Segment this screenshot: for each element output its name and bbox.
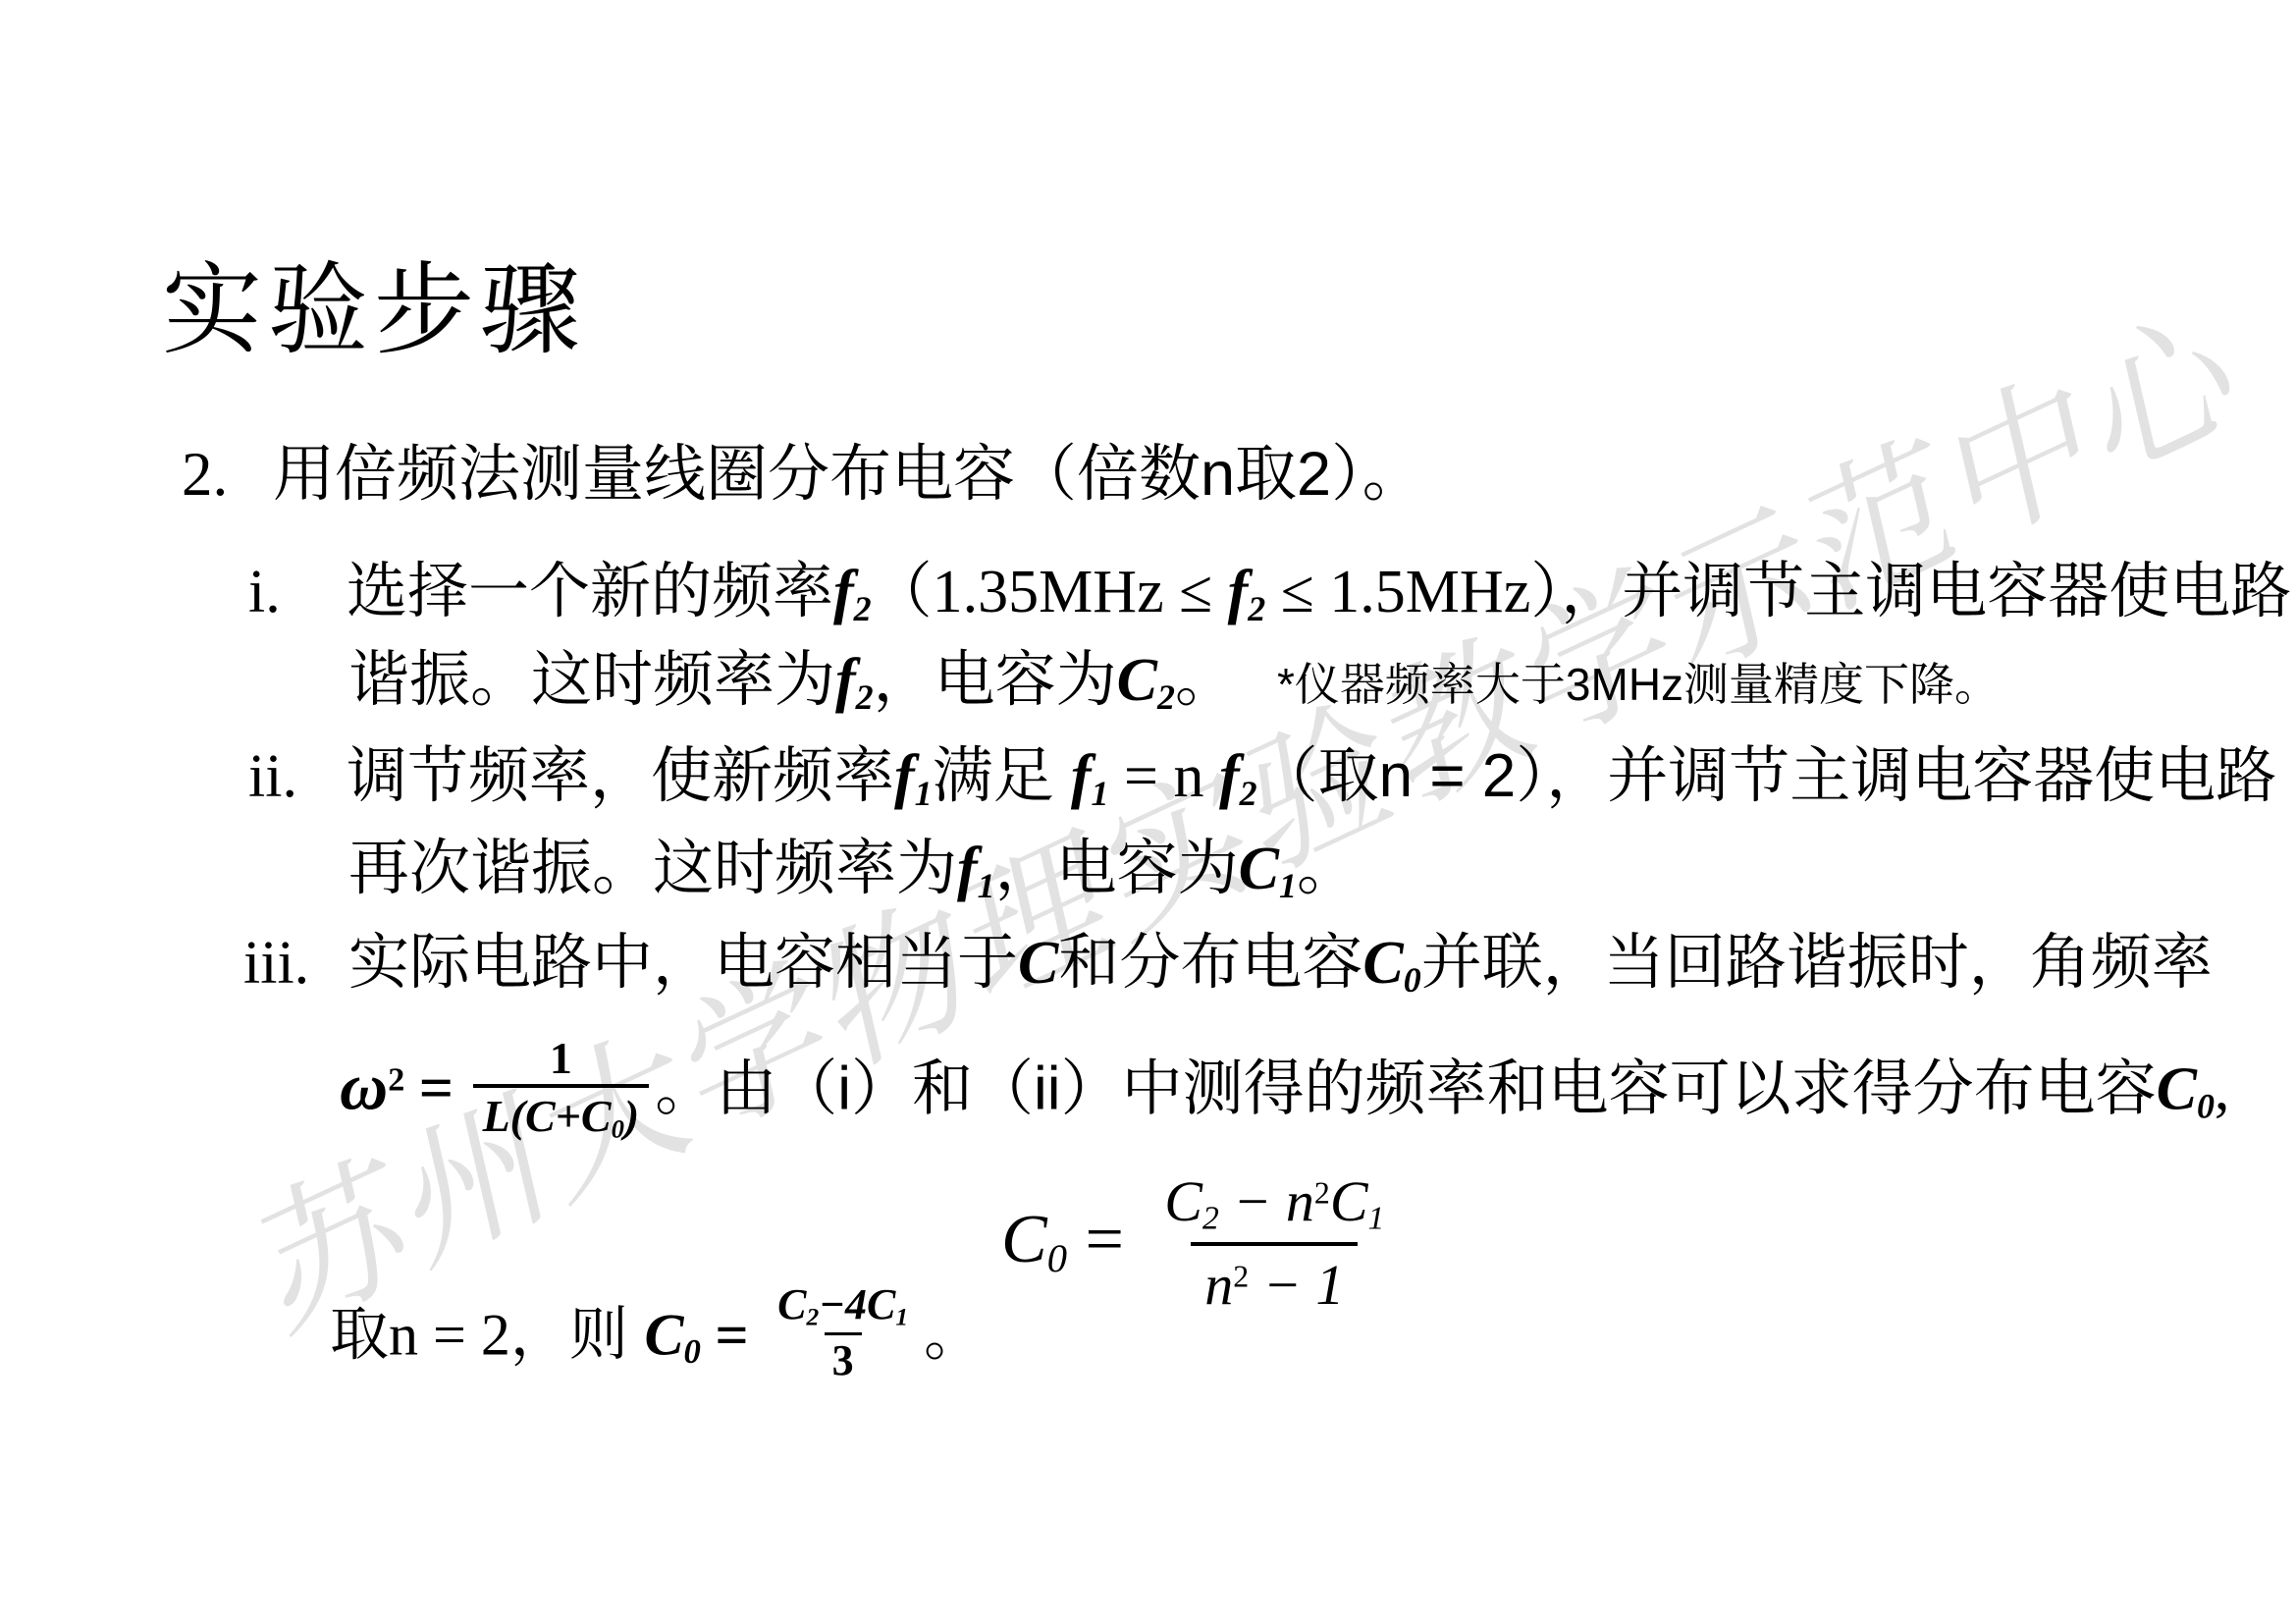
step-iii-text: 。由（i）和（ii）中测得的频率和电容可以求得分布电容 — [655, 1055, 2156, 1122]
math-c: C — [1164, 1169, 1202, 1233]
math-c-sub: 1 — [895, 1302, 908, 1330]
math-c-sub: 1 — [1368, 1200, 1385, 1236]
math-equals: = — [715, 1303, 748, 1368]
fraction-denominator: L(C+C0) — [473, 1084, 650, 1143]
step-ii-text: 调节频率，使新频率 — [347, 742, 894, 810]
fraction-numerator: 1 — [540, 1035, 582, 1084]
math-c0: C — [645, 1303, 684, 1368]
math-c-sub: 2 — [1202, 1200, 1219, 1236]
math-f: f — [1071, 743, 1092, 810]
content-layer: 实验步骤 2.用倍频法测量线圈分布电容（倍数n取2）。 i.选择一个新的频率f2… — [0, 0, 2296, 1624]
math-c: C — [1117, 647, 1157, 714]
item-2-text: 用倍频法测量线圈分布电容（倍数n取2）。 — [273, 440, 1424, 509]
fraction-denominator: 3 — [825, 1332, 862, 1383]
step-i-marker: i. — [248, 557, 347, 628]
step-i-line-1: i.选择一个新的频率f2（1.35MHz ≤ f2 ≤ 1.5MHz），并调节主… — [248, 556, 2291, 629]
math-f-sub: 1 — [1092, 774, 1109, 813]
math-c-sub: 0 — [1404, 960, 1421, 1000]
math-c: C — [1239, 836, 1279, 902]
math-c: C — [777, 1280, 806, 1328]
math-f: f — [894, 743, 915, 810]
math-c0: C — [1001, 1202, 1047, 1277]
n-equals-2: n = 2 — [389, 1303, 510, 1368]
math-c-sub: 2 — [1157, 677, 1175, 717]
fraction-denominator: n2 − 1 — [1191, 1242, 1358, 1317]
final-line: 取n = 2，则 C0=C2−4C13。 — [330, 1288, 983, 1389]
period: 。 — [1297, 835, 1358, 902]
math-c0-sub: 0 — [1047, 1236, 1067, 1280]
step-iii-text: 实际电路中，电容相当于 — [348, 929, 1018, 997]
slide-canvas: 苏州大学物理实验教学示范中心 实验步骤 2.用倍频法测量线圈分布电容（倍数n取2… — [0, 0, 2296, 1624]
math-f-sub: 2 — [854, 589, 872, 628]
math-f: f — [957, 836, 978, 902]
step-i-text: 选择一个新的频率 — [347, 558, 833, 625]
fraction-numerator: C2 − n2C1 — [1150, 1170, 1398, 1242]
math-c-sub: 2 — [807, 1302, 820, 1330]
step-i-line-2: 谐振。这时频率为f2，电容为C2。*仪器频率大于3MHz测量精度下降。 — [348, 644, 2000, 718]
math-equals: = — [1081, 1202, 1127, 1277]
math-c-sub: 1 — [1279, 866, 1297, 905]
freq-range-high: ≤ 1.5MHz — [1265, 559, 1530, 625]
math-f-sub: 2 — [1240, 774, 1257, 813]
instrument-note: *仪器频率大于3MHz测量精度下降。 — [1277, 659, 2000, 710]
math-c: C — [1018, 930, 1058, 997]
math-c: C — [2157, 1056, 2197, 1122]
math-lcc: L(C+C — [483, 1091, 612, 1141]
period: 。 — [1175, 646, 1236, 714]
step-iii-line-2: ω2=1L(C+C0)。由（i）和（ii）中测得的频率和电容可以求得分布电容C0… — [340, 1039, 2229, 1147]
display-formula: C0=C2 − n2C1n2 − 1 — [1001, 1170, 1408, 1317]
page-title: 实验步骤 — [162, 253, 586, 368]
math-n: n — [1204, 1253, 1233, 1317]
omega-fraction: 1L(C+C0) — [473, 1035, 650, 1143]
step-ii-text: 再次谐振。这时频率为 — [348, 835, 957, 902]
final-text: 取 — [330, 1302, 389, 1368]
math-c0-sub: 0 — [612, 1114, 624, 1144]
math-f: f — [833, 559, 854, 625]
math-f-sub: 1 — [978, 866, 995, 905]
math-f-sub: 2 — [856, 677, 874, 717]
math-n-sup: 2 — [1314, 1175, 1330, 1210]
step-i-text: ），并调节主调电容器使电路 — [1530, 558, 2291, 625]
freq-range-low: 1.35MHz ≤ — [933, 559, 1228, 625]
math-paren-close: ) — [624, 1091, 639, 1141]
step-ii-line-1: ii.调节频率，使新频率f1满足 f1 = n f2（取n = 2），并调节主调… — [248, 740, 2276, 814]
math-minus-one: − 1 — [1249, 1253, 1344, 1317]
math-omega-sup: 2 — [388, 1062, 404, 1099]
step-ii-text: （取n = 2），并调节主调电容器使电路 — [1257, 742, 2277, 810]
math-n-sup: 2 — [1233, 1260, 1249, 1294]
step-ii-text: 满足 — [933, 742, 1071, 810]
math-omega: ω — [340, 1049, 388, 1123]
math-c: C — [867, 1280, 895, 1328]
math-equals-n: = n — [1109, 743, 1219, 810]
period: 。 — [924, 1302, 983, 1368]
step-iii-text: 并联，当回路谐振时，角频率 — [1421, 929, 2213, 997]
step-ii-marker: ii. — [248, 741, 347, 813]
final-text: ，则 — [510, 1302, 645, 1368]
math-f-sub: 2 — [1248, 589, 1265, 628]
item-2-number: 2. — [182, 438, 273, 511]
comma: , — [2215, 1056, 2230, 1122]
math-equals: = — [418, 1056, 453, 1122]
step-iii-line-1: iii.实际电路中，电容相当于C和分布电容C0并联，当回路谐振时，角频率 — [243, 927, 2213, 1001]
math-minus-4: −4 — [819, 1280, 867, 1328]
math-f-sub: 1 — [915, 774, 933, 813]
math-f: f — [1219, 743, 1240, 810]
math-c: C — [1330, 1169, 1368, 1233]
math-minus-n: − n — [1219, 1169, 1314, 1233]
math-c-sub: 0 — [2197, 1086, 2215, 1125]
step-ii-line-2: 再次谐振。这时频率为f1，电容为C1。 — [348, 833, 1358, 906]
math-f: f — [835, 647, 856, 714]
step-iii-text: 和分布电容 — [1058, 929, 1362, 997]
step-iii-marker: iii. — [243, 928, 348, 1000]
math-c0-sub: 0 — [684, 1332, 701, 1371]
step-i-text: 谐振。这时频率为 — [348, 646, 835, 714]
step-ii-text: ，电容为 — [995, 835, 1239, 902]
step-i-text: ，电容为 — [874, 646, 1117, 714]
math-f: f — [1228, 559, 1249, 625]
c0-fraction: C2 − n2C1n2 − 1 — [1150, 1170, 1398, 1317]
fraction-numerator: C2−4C1 — [770, 1282, 916, 1332]
paren-open: （ — [872, 558, 933, 625]
math-c: C — [1362, 930, 1403, 997]
final-fraction: C2−4C13 — [770, 1282, 916, 1383]
item-2-line: 2.用倍频法测量线圈分布电容（倍数n取2）。 — [182, 438, 1424, 511]
